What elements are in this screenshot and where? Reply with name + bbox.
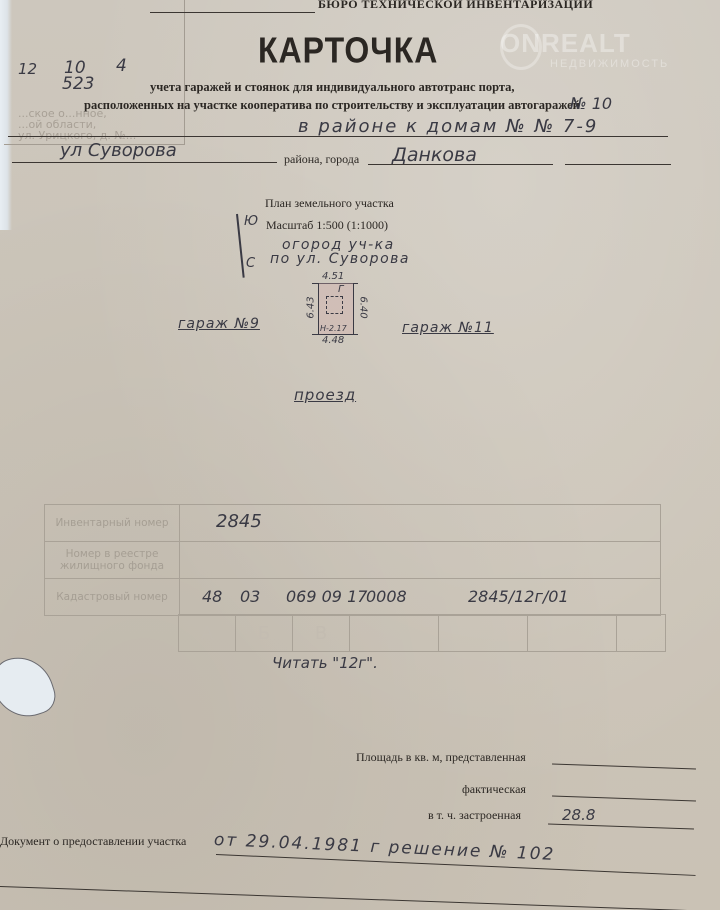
- margin-note: 4: [116, 56, 127, 76]
- letter-cell: [439, 615, 528, 652]
- table-row: Номер в реестре жилищного фонда: [45, 542, 661, 579]
- street-value: ул Суворова: [60, 140, 177, 161]
- document-label: Документ о предоставлении участка: [0, 834, 186, 849]
- left-neighbor-label: гараж №9: [178, 316, 260, 332]
- letter-cell: А: [179, 615, 236, 652]
- north-label-2: по ул. Суворова: [270, 251, 410, 267]
- letter-cell: Б: [236, 615, 293, 652]
- inventory-number: 2845: [216, 511, 262, 532]
- area-presented-rule: [552, 763, 696, 769]
- cadastral-part: 03: [240, 587, 260, 606]
- letter-cell: В: [293, 615, 350, 652]
- bureau-name: БЮРО ТЕХНИЧЕСКОЙ ИНВЕНТАРИЗАЦИИ: [318, 0, 593, 12]
- coop-number: № 10: [570, 94, 612, 113]
- row-label: Номер в реестре жилищного фонда: [45, 542, 180, 579]
- letter-cell: [528, 615, 617, 652]
- plan-title: План земельного участка: [265, 196, 394, 211]
- registry-number-cell: [180, 542, 661, 579]
- inventory-number-cell: 2845: [180, 505, 661, 542]
- dim-left: 6.43: [306, 296, 317, 318]
- correction-note: Читать "12г".: [272, 654, 378, 672]
- cadastral-part: 0008: [366, 587, 407, 606]
- cadastral-part: 48: [202, 587, 222, 606]
- letter-cell: [617, 615, 666, 652]
- city-rule-2: [565, 164, 671, 165]
- area-actual-label: фактическая: [462, 782, 526, 797]
- area-actual-rule: [552, 795, 696, 801]
- right-neighbor-label: гараж №11: [402, 320, 494, 336]
- subtitle-line-1: учета гаражей и стоянок для индивидуальн…: [150, 80, 515, 95]
- row-label: Кадастровый номер: [45, 579, 180, 616]
- page-title: КАРТОЧКА: [258, 30, 438, 71]
- street-rule: [12, 162, 277, 163]
- document-page: ...ское о...нное, ...ой области, ул. Ури…: [0, 0, 720, 910]
- dim-right: 6.40: [358, 296, 369, 318]
- table-row: Инвентарный номер 2845: [45, 505, 661, 542]
- inner-letter: Г: [338, 284, 344, 295]
- district-city-label: района, города: [284, 152, 359, 167]
- table-row: А Б В: [179, 615, 666, 652]
- registry-table: Инвентарный номер 2845 Номер в реестре ж…: [44, 504, 661, 616]
- dim-top: 4.51: [322, 271, 344, 282]
- margin-note: 12: [18, 60, 37, 78]
- letters-table: А Б В: [178, 614, 666, 652]
- inner-mark: Н-2.17: [320, 324, 347, 333]
- area-built-rule: [548, 823, 694, 829]
- garage-footprint: [326, 296, 343, 314]
- letter-cell: [350, 615, 439, 652]
- area-built-value: 28.8: [562, 806, 595, 824]
- compass-south: Ю: [244, 214, 258, 229]
- driveway-label: проезд: [294, 386, 356, 404]
- header-rule: [150, 12, 315, 13]
- watermark-brand: ONREALT: [500, 28, 631, 59]
- location-value: в районе к домам № № 7-9: [298, 116, 598, 137]
- subtitle-line-2: расположенных на участке кооператива по …: [84, 98, 580, 113]
- area-built-label: в т. ч. застроенная: [428, 808, 521, 823]
- watermark-tagline: НЕДВИЖИМОСТЬ: [550, 58, 669, 70]
- cadastral-number-cell: 48 03 069 09 17 0008 2845/12г/01: [180, 579, 661, 616]
- blank-rule: [0, 886, 700, 910]
- plan-scale: Масштаб 1:500 (1:1000): [266, 218, 388, 233]
- city-value: Данкова: [392, 144, 477, 166]
- cadastral-part: 2845/12г/01: [468, 587, 569, 606]
- document-value: от 29.04.1981 г решение № 102: [214, 830, 556, 865]
- cadastral-part: 069 09 17: [286, 587, 367, 606]
- torn-hole: [0, 649, 60, 726]
- compass-north: С: [246, 256, 255, 271]
- dim-bottom: 4.48: [322, 335, 344, 346]
- table-row: Кадастровый номер 48 03 069 09 17 0008 2…: [45, 579, 661, 616]
- area-presented-label: Площадь в кв. м, представленная: [356, 750, 526, 765]
- margin-note: 523: [62, 74, 94, 94]
- row-label: Инвентарный номер: [45, 505, 180, 542]
